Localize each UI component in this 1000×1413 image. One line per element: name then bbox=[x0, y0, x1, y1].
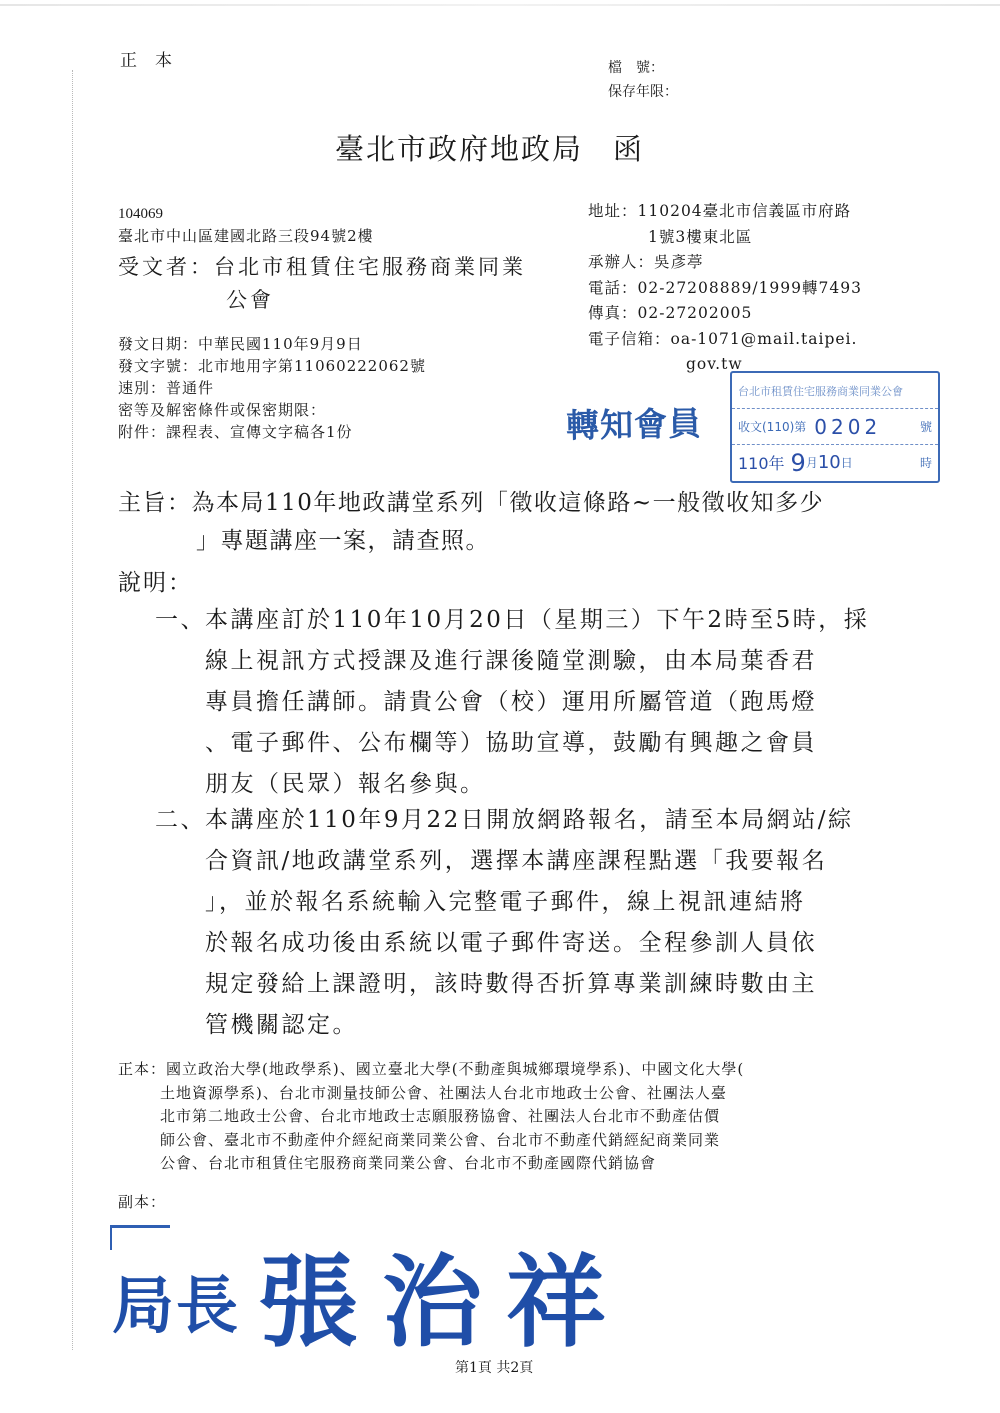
signature-name: 張治祥 bbox=[258, 1243, 630, 1361]
attachments: 附件：課程表、宣傳文字稿各1份 bbox=[118, 421, 426, 443]
receipt-stamp-date-row: 110年 9 月 10 日 時 bbox=[732, 445, 938, 480]
document-title: 臺北市政府地政局函 bbox=[335, 127, 644, 168]
distribution-line: 土地資源學系)、台北市測量技師公會、社團法人台北市地政士公會、社團法人臺 bbox=[118, 1082, 744, 1106]
forward-to-members-stamp: 轉知會員 bbox=[566, 398, 703, 447]
item-line: 規定發給上課證明，該時數得否折算專業訓練時數由主 bbox=[155, 964, 854, 1005]
distribution-primary: 正本：國立政治大學(地政學系)、國立臺北大學(不動產與城鄉環境學系)、中國文化大… bbox=[118, 1058, 744, 1176]
recipient-address: 臺北市中山區建國北路三段94號2樓 bbox=[118, 225, 526, 247]
director-signature-stamp: 局長張治祥 bbox=[112, 1222, 630, 1366]
description-item-2: 二、本講座於110年9月22日開放網路報名，請至本局網站/綜 合資訊/地政講堂系… bbox=[155, 800, 854, 1046]
receipt-stamp-number-row: 收文(110)第 0202 號 bbox=[732, 409, 938, 445]
receipt-day: 10 bbox=[818, 452, 841, 473]
file-number-label: 檔 號： bbox=[608, 56, 678, 80]
item-line: 線上視訊方式授課及進行課後隨堂測驗，由本局葉香君 bbox=[155, 641, 869, 682]
retention-label: 保存年限： bbox=[608, 80, 678, 104]
copy-type-label: 正本 bbox=[120, 46, 190, 71]
item-number: 一、 bbox=[155, 600, 205, 641]
distribution-line: 北市第二地政士公會、台北市地政士志願服務協會、社團法人台北市不動產估價 bbox=[118, 1105, 744, 1129]
item-line: 」，並於報名系統輸入完整電子郵件，線上視訊連結將 bbox=[155, 882, 854, 923]
receipt-year: 110年 bbox=[738, 451, 785, 474]
sender-contact-block: 地址：110204臺北市信義區市府路 1號3樓東北區 承辦人：吳彥葶 電話：02… bbox=[588, 199, 862, 378]
receipt-day-unit: 日 bbox=[841, 454, 853, 471]
binding-margin-line bbox=[72, 70, 73, 1350]
item-line: 朋友（民眾）報名參與。 bbox=[155, 764, 869, 805]
issue-date: 發文日期：中華民國110年9月9日 bbox=[118, 333, 426, 355]
recipient-name-continued: 公會 bbox=[118, 284, 526, 317]
fax: 傳真：02-27202005 bbox=[588, 301, 862, 327]
email: 電子信箱：oa-1071@mail.taipei. bbox=[588, 327, 862, 353]
document-meta: 發文日期：中華民國110年9月9日 發文字號：北市地用字第11060222062… bbox=[118, 333, 426, 443]
document-kind: 函 bbox=[613, 132, 644, 166]
subject-line-1: 主旨：為本局110年地政講堂系列「徵收這條路~一般徵收知多少 bbox=[118, 490, 824, 516]
classification: 密等及解密條件或保密期限： bbox=[118, 399, 426, 421]
phone: 電話：02-27208889/1999轉7493 bbox=[588, 276, 862, 302]
receipt-stamp-org-row: 台北市租賃住宅服務商業同業公會 bbox=[732, 373, 938, 409]
item-line: 管機關認定。 bbox=[155, 1005, 854, 1046]
item-line: 於報名成功後由系統以電子郵件寄送。全程參訓人員依 bbox=[155, 923, 854, 964]
contact-person: 承辦人：吳彥葶 bbox=[588, 250, 862, 276]
item-number: 二、 bbox=[155, 800, 205, 841]
item-line: 二、本講座於110年9月22日開放網路報名，請至本局網站/綜 bbox=[155, 800, 854, 841]
receipt-stamp: 台北市租賃住宅服務商業同業公會 收文(110)第 0202 號 110年 9 月… bbox=[730, 371, 940, 483]
recipient-name: 受文者：台北市租賃住宅服務商業同業 bbox=[118, 251, 526, 284]
urgency: 速別：普通件 bbox=[118, 377, 426, 399]
file-meta: 檔 號： 保存年限： bbox=[608, 56, 678, 104]
distribution-line: 師公會、臺北市不動產仲介經紀商業同業公會、台北市不動產代銷經紀商業同業 bbox=[118, 1129, 744, 1153]
scan-top-edge bbox=[0, 4, 1000, 6]
item-line: 專員擔任講師。請貴公會（校）運用所屬管道（跑馬燈 bbox=[155, 682, 869, 723]
item-line: 合資訊/地政講堂系列，選擇本講座課程點選「我要報名 bbox=[155, 841, 854, 882]
page-number: 第1頁 共2頁 bbox=[455, 1357, 533, 1377]
distribution-line: 公會、台北市租賃住宅服務商業同業公會、台北市不動產國際代銷協會 bbox=[118, 1152, 744, 1176]
receipt-month-unit: 月 bbox=[806, 454, 818, 471]
receipt-prefix: 收文(110)第 bbox=[738, 418, 806, 435]
description-label: 說明： bbox=[118, 564, 193, 597]
subject: 主旨：為本局110年地政講堂系列「徵收這條路~一般徵收知多少 」專題講座一案，請… bbox=[118, 484, 824, 560]
item-line: 、電子郵件、公布欄等）協助宣導，鼓勵有興趣之會員 bbox=[155, 723, 869, 764]
distribution-copy-label: 副本： bbox=[118, 1191, 166, 1212]
signature-title: 局長 bbox=[112, 1269, 240, 1342]
item-line: 一、本講座訂於110年10月20日（星期三）下午2時至5時，採 bbox=[155, 600, 869, 641]
description-item-1: 一、本講座訂於110年10月20日（星期三）下午2時至5時，採 線上視訊方式授課… bbox=[155, 600, 869, 805]
receipt-stamp-org: 台北市租賃住宅服務商業同業公會 bbox=[738, 383, 903, 399]
subject-line-2: 」專題講座一案，請查照。 bbox=[118, 522, 824, 560]
recipient-block: 104069 臺北市中山區建國北路三段94號2樓 受文者：台北市租賃住宅服務商業… bbox=[118, 203, 526, 317]
receipt-month: 9 bbox=[791, 449, 806, 477]
recipient-zip: 104069 bbox=[118, 203, 526, 225]
receipt-number: 0202 bbox=[814, 415, 881, 439]
sender-address: 地址：110204臺北市信義區市府路 bbox=[588, 199, 862, 225]
sender-address-continued: 1號3樓東北區 bbox=[588, 225, 862, 251]
receipt-suffix: 號 bbox=[920, 418, 932, 435]
issue-number: 發文字號：北市地用字第11060222062號 bbox=[118, 355, 426, 377]
receipt-time-unit: 時 bbox=[920, 454, 932, 471]
issuing-agency: 臺北市政府地政局 bbox=[335, 132, 583, 166]
distribution-line: 正本：國立政治大學(地政學系)、國立臺北大學(不動產與城鄉環境學系)、中國文化大… bbox=[118, 1058, 744, 1082]
